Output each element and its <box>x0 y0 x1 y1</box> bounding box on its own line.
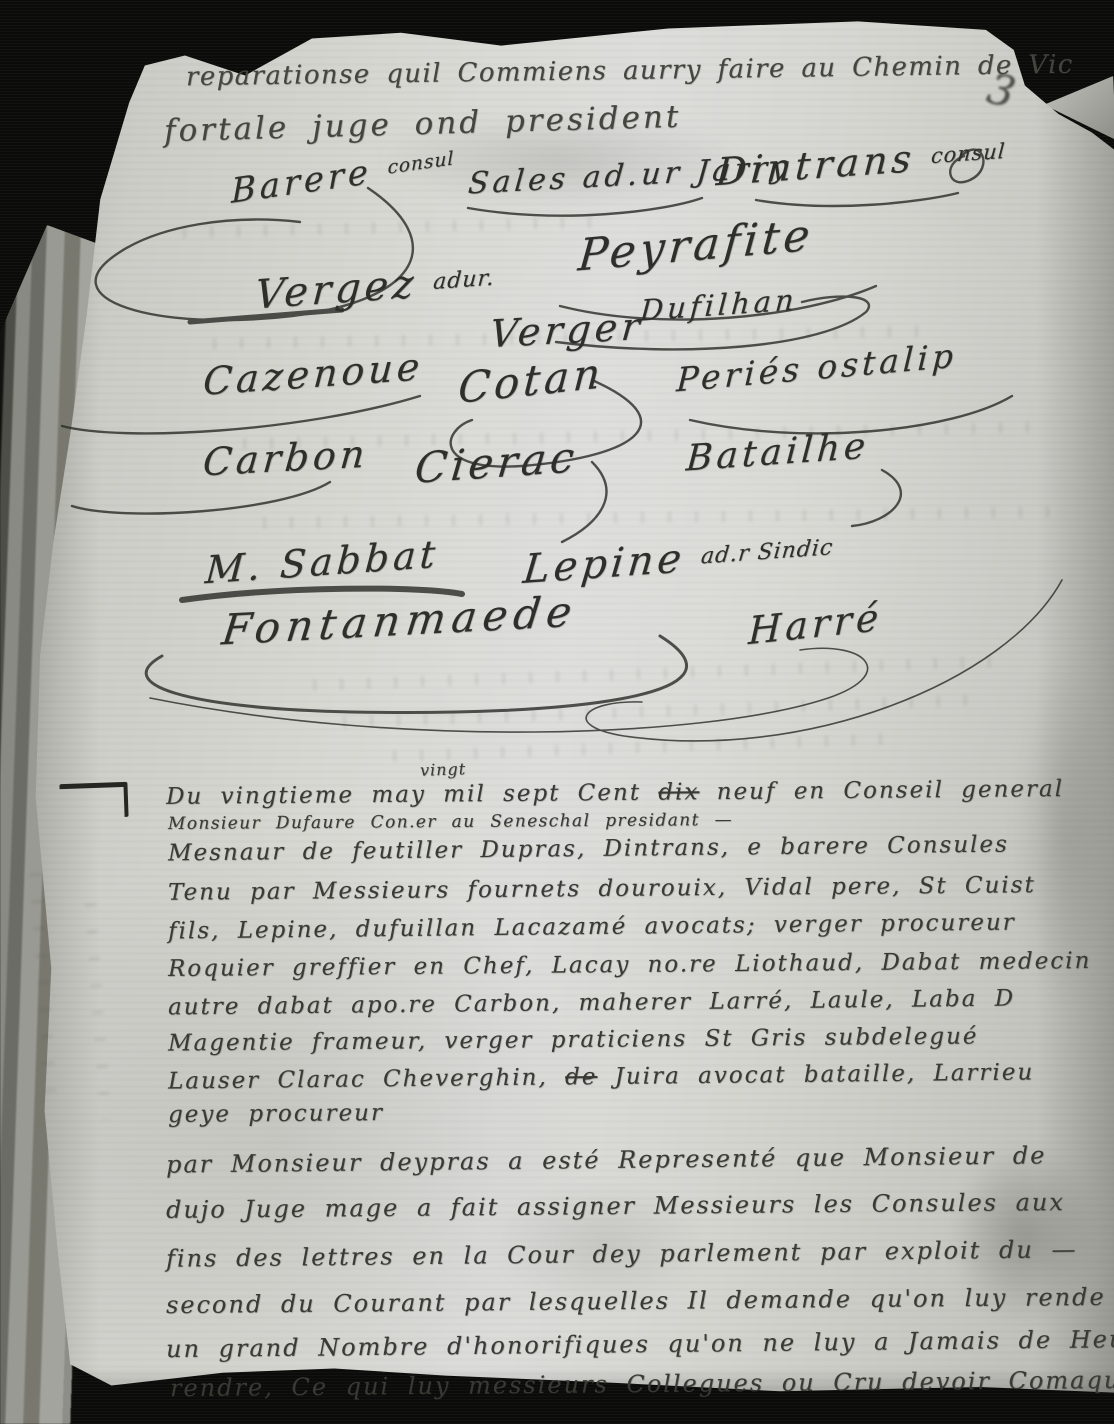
p2-line-5: rendre, Ce qui luy messieurs Collegues o… <box>170 1366 1114 1402</box>
margin-bracket <box>59 782 128 819</box>
p1-last-line: geye procureur <box>168 1100 384 1128</box>
manuscript-scan: reparationse quil Commiens aurry faire a… <box>0 0 1114 1424</box>
p1-line-1: Monsieur Dufaure Con.er au Seneschal pre… <box>168 810 733 834</box>
interlinear-insert: vingt <box>420 759 467 780</box>
signature-carbon: Carbon <box>201 432 370 485</box>
signature-verger: Verger <box>488 304 645 356</box>
